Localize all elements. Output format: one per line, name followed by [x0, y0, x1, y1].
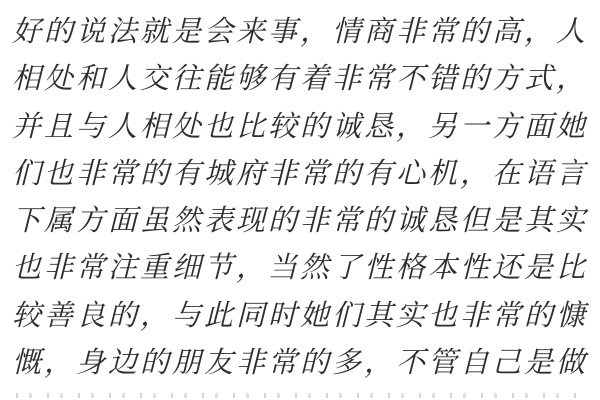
text-line: 较善良的，与此同时她们其实也非常的慷 [12, 293, 600, 340]
text-block: 好的说法就是会来事，情商非常的高，人 相处和人交往能够有着非常不错的方式， 并且… [12, 9, 600, 387]
text-line: 好的说法就是会来事，情商非常的高，人 [12, 9, 600, 56]
text-line: 们也非常的有城府非常的有心机，在语言 [12, 151, 600, 198]
document-page: 好的说法就是会来事，情商非常的高，人 相处和人交往能够有着非常不错的方式， 并且… [0, 0, 600, 400]
text-line: 相处和人交往能够有着非常不错的方式， [12, 56, 600, 103]
text-line: 也非常注重细节，当然了性格本性还是比 [12, 245, 600, 292]
text-line: 下属方面虽然表现的非常的诚恳但是其实 [12, 198, 600, 245]
text-line: 慨，身边的朋友非常的多，不管自己是做 [12, 340, 600, 387]
clipped-text-line [16, 393, 576, 398]
text-line: 并且与人相处也比较的诚恳，另一方面她 [12, 104, 600, 151]
